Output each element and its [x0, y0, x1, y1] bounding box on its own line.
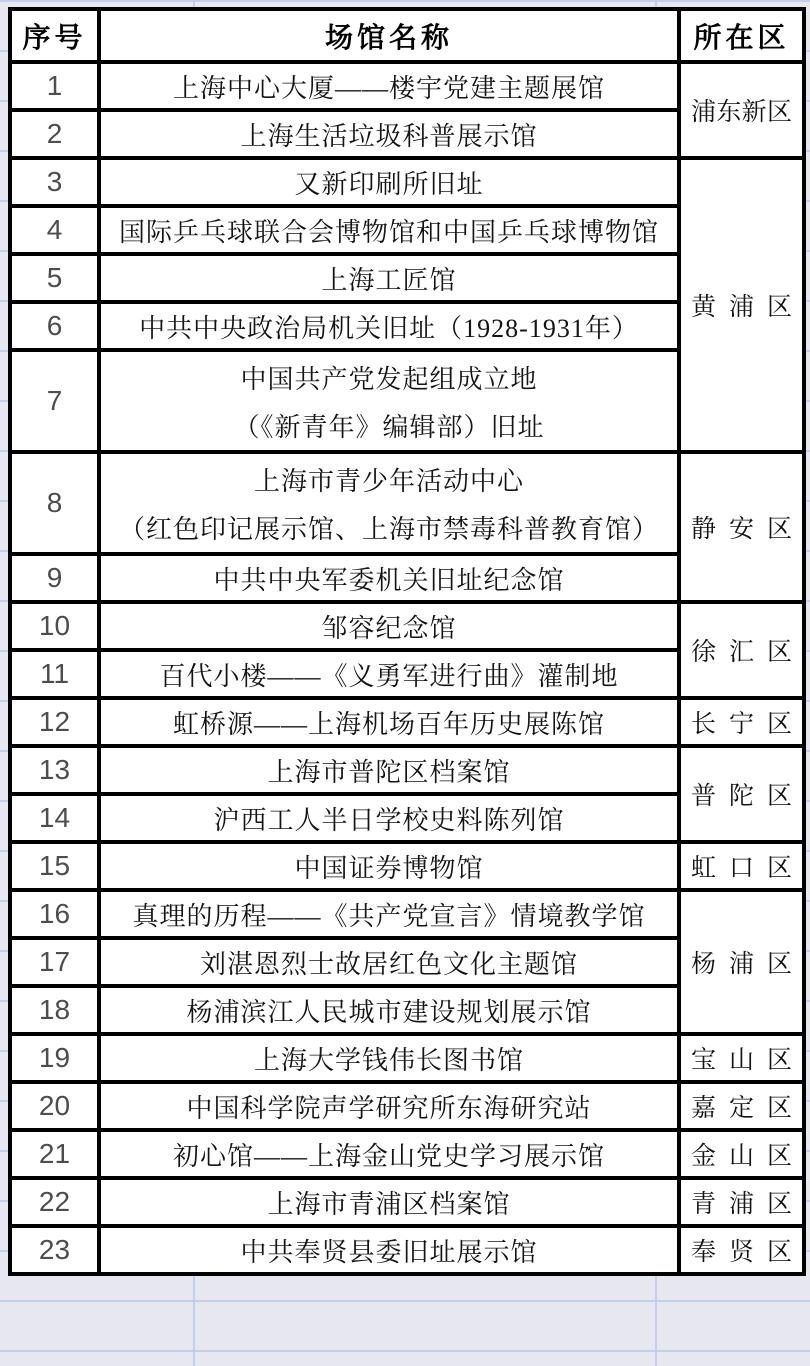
venue-cell: 上海市普陀区档案馆: [99, 746, 679, 794]
venue-table-body: 1上海中心大厦——楼宇党建主题展馆浦东新区2上海生活垃圾科普展示馆3又新印刷所旧…: [10, 62, 804, 1274]
table-row: 1上海中心大厦——楼宇党建主题展馆浦东新区: [10, 62, 804, 110]
venue-table: 序号 场馆名称 所在区 1上海中心大厦——楼宇党建主题展馆浦东新区2上海生活垃圾…: [8, 7, 806, 1276]
venue-cell: 上海大学钱伟长图书馆: [99, 1034, 679, 1082]
index-cell: 6: [10, 302, 99, 350]
table-row: 16真理的历程——《共产党宣言》情境教学馆杨浦区: [10, 890, 804, 938]
index-cell: 17: [10, 938, 99, 986]
venue-cell: 国际乒乓球联合会博物馆和中国乒乓球博物馆: [99, 206, 679, 254]
index-cell: 23: [10, 1226, 99, 1274]
venue-cell: 上海市青浦区档案馆: [99, 1178, 679, 1226]
district-cell: 黄浦区: [679, 158, 804, 452]
index-cell: 5: [10, 254, 99, 302]
venue-cell: 上海市青少年活动中心（红色印记展示馆、上海市禁毒科普教育馆）: [99, 452, 679, 554]
table-row: 12虹桥源——上海机场百年历史展陈馆长宁区: [10, 698, 804, 746]
venue-cell: 中国科学院声学研究所东海研究站: [99, 1082, 679, 1130]
index-cell: 22: [10, 1178, 99, 1226]
index-cell: 18: [10, 986, 99, 1034]
index-cell: 14: [10, 794, 99, 842]
venue-cell: 刘湛恩烈士故居红色文化主题馆: [99, 938, 679, 986]
index-cell: 11: [10, 650, 99, 698]
header-row: 序号 场馆名称 所在区: [10, 9, 804, 62]
venue-cell: 上海中心大厦——楼宇党建主题展馆: [99, 62, 679, 110]
venue-cell: 中共中央军委机关旧址纪念馆: [99, 554, 679, 602]
index-cell: 12: [10, 698, 99, 746]
venue-cell: 邹容纪念馆: [99, 602, 679, 650]
index-cell: 20: [10, 1082, 99, 1130]
index-cell: 7: [10, 350, 99, 452]
venue-cell: 虹桥源——上海机场百年历史展陈馆: [99, 698, 679, 746]
district-cell: 虹口区: [679, 842, 804, 890]
page: { "page": { "background_color": "#e7e7f0…: [0, 0, 810, 1366]
district-cell: 长宁区: [679, 698, 804, 746]
district-cell: 金山区: [679, 1130, 804, 1178]
district-cell: 浦东新区: [679, 62, 804, 158]
venue-multiline-wrap: 上海市青少年活动中心（红色印记展示馆、上海市禁毒科普教育馆）: [102, 455, 676, 551]
table-row: 8上海市青少年活动中心（红色印记展示馆、上海市禁毒科普教育馆）静安区: [10, 452, 804, 554]
district-cell: 杨浦区: [679, 890, 804, 1034]
district-cell: 普陀区: [679, 746, 804, 842]
venue-cell: 真理的历程——《共产党宣言》情境教学馆: [99, 890, 679, 938]
table-row: 22上海市青浦区档案馆青浦区: [10, 1178, 804, 1226]
venue-cell: 中共中央政治局机关旧址（1928-1931年）: [99, 302, 679, 350]
table-row: 19上海大学钱伟长图书馆宝山区: [10, 1034, 804, 1082]
venue-cell: 上海工匠馆: [99, 254, 679, 302]
district-cell: 嘉定区: [679, 1082, 804, 1130]
venue-cell: 又新印刷所旧址: [99, 158, 679, 206]
venue-cell: 杨浦滨江人民城市建设规划展示馆: [99, 986, 679, 1034]
index-cell: 19: [10, 1034, 99, 1082]
venue-table-header: 序号 场馆名称 所在区: [10, 9, 804, 62]
venue-cell: 沪西工人半日学校史料陈列馆: [99, 794, 679, 842]
table-row: 21初心馆——上海金山党史学习展示馆金山区: [10, 1130, 804, 1178]
district-cell: 徐汇区: [679, 602, 804, 698]
index-cell: 10: [10, 602, 99, 650]
district-cell: 宝山区: [679, 1034, 804, 1082]
venue-name-line: （《新青年》编辑部）旧址: [102, 407, 676, 444]
col-header-district: 所在区: [679, 9, 804, 62]
index-cell: 13: [10, 746, 99, 794]
index-cell: 1: [10, 62, 99, 110]
venue-cell: 中共奉贤县委旧址展示馆: [99, 1226, 679, 1274]
index-cell: 15: [10, 842, 99, 890]
table-row: 13上海市普陀区档案馆普陀区: [10, 746, 804, 794]
table-row: 3又新印刷所旧址黄浦区: [10, 158, 804, 206]
index-cell: 21: [10, 1130, 99, 1178]
venue-cell: 中国共产党发起组成立地（《新青年》编辑部）旧址: [99, 350, 679, 452]
index-cell: 8: [10, 452, 99, 554]
table-row: 15中国证券博物馆虹口区: [10, 842, 804, 890]
venue-multiline-wrap: 中国共产党发起组成立地（《新青年》编辑部）旧址: [102, 353, 676, 449]
table-row: 20中国科学院声学研究所东海研究站嘉定区: [10, 1082, 804, 1130]
venue-cell: 百代小楼——《义勇军进行曲》灌制地: [99, 650, 679, 698]
district-cell: 静安区: [679, 452, 804, 602]
index-cell: 3: [10, 158, 99, 206]
col-header-venue: 场馆名称: [99, 9, 679, 62]
index-cell: 9: [10, 554, 99, 602]
venue-cell: 中国证券博物馆: [99, 842, 679, 890]
venue-cell: 初心馆——上海金山党史学习展示馆: [99, 1130, 679, 1178]
district-cell: 奉贤区: [679, 1226, 804, 1274]
venue-name-line: 上海市青少年活动中心: [102, 461, 676, 498]
table-row: 23中共奉贤县委旧址展示馆奉贤区: [10, 1226, 804, 1274]
table-row: 10邹容纪念馆徐汇区: [10, 602, 804, 650]
venue-name-line: （红色印记展示馆、上海市禁毒科普教育馆）: [102, 509, 676, 546]
col-header-index: 序号: [10, 9, 99, 62]
venue-cell: 上海生活垃圾科普展示馆: [99, 110, 679, 158]
index-cell: 4: [10, 206, 99, 254]
index-cell: 16: [10, 890, 99, 938]
district-cell: 青浦区: [679, 1178, 804, 1226]
index-cell: 2: [10, 110, 99, 158]
venue-name-line: 中国共产党发起组成立地: [102, 359, 676, 396]
